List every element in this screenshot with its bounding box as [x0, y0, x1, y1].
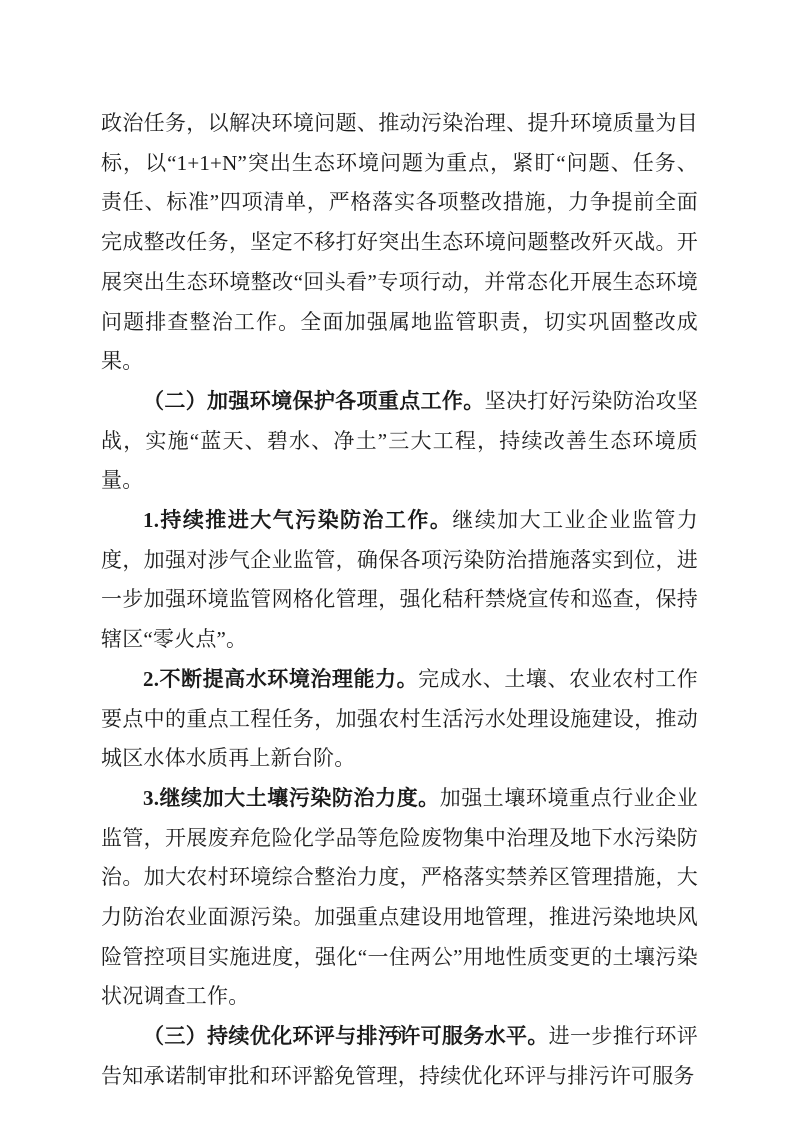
document-page: 政治任务，以解决环境问题、推动污染治理、提升环境质量为目标，以“1+1+N”突出…: [0, 0, 793, 1122]
page-number: 6: [0, 1018, 793, 1048]
paragraph-section-2: （二）加强环境保护各项重点工作。坚决打好污染防治攻坚战，实施“蓝天、碧水、净土”…: [101, 382, 698, 501]
paragraph-item-3: 3.继续加大土壤污染防治力度。加强土壤环境重点行业企业监管，开展废弃危险化学品等…: [101, 779, 698, 1017]
item-heading: 1.持续推进大气污染防治工作。: [143, 508, 452, 532]
item-heading: 2.不断提高水环境治理能力。: [143, 667, 418, 691]
section-heading: （二）加强环境保护各项重点工作。: [143, 389, 485, 413]
paragraph-text: 政治任务，以解决环境问题、推动污染治理、提升环境质量为目标，以“1+1+N”突出…: [101, 111, 698, 373]
paragraph-item-2: 2.不断提高水环境治理能力。完成水、土壤、农业农村工作要点中的重点工程任务，加强…: [101, 660, 698, 779]
item-heading: 3.继续加大土壤污染防治力度。: [143, 786, 440, 810]
document-body: 政治任务，以解决环境问题、推动污染治理、提升环境质量为目标，以“1+1+N”突出…: [101, 104, 698, 1097]
paragraph-text: 加强土壤环境重点行业企业监管，开展废弃危险化学品等危险废物集中治理及地下水污染防…: [101, 786, 698, 1009]
paragraph-item-1: 1.持续推进大气污染防治工作。继续加大工业企业监管力度，加强对涉气企业监管，确保…: [101, 501, 698, 660]
paragraph-continued-from-previous-page: 政治任务，以解决环境问题、推动污染治理、提升环境质量为目标，以“1+1+N”突出…: [101, 104, 698, 382]
